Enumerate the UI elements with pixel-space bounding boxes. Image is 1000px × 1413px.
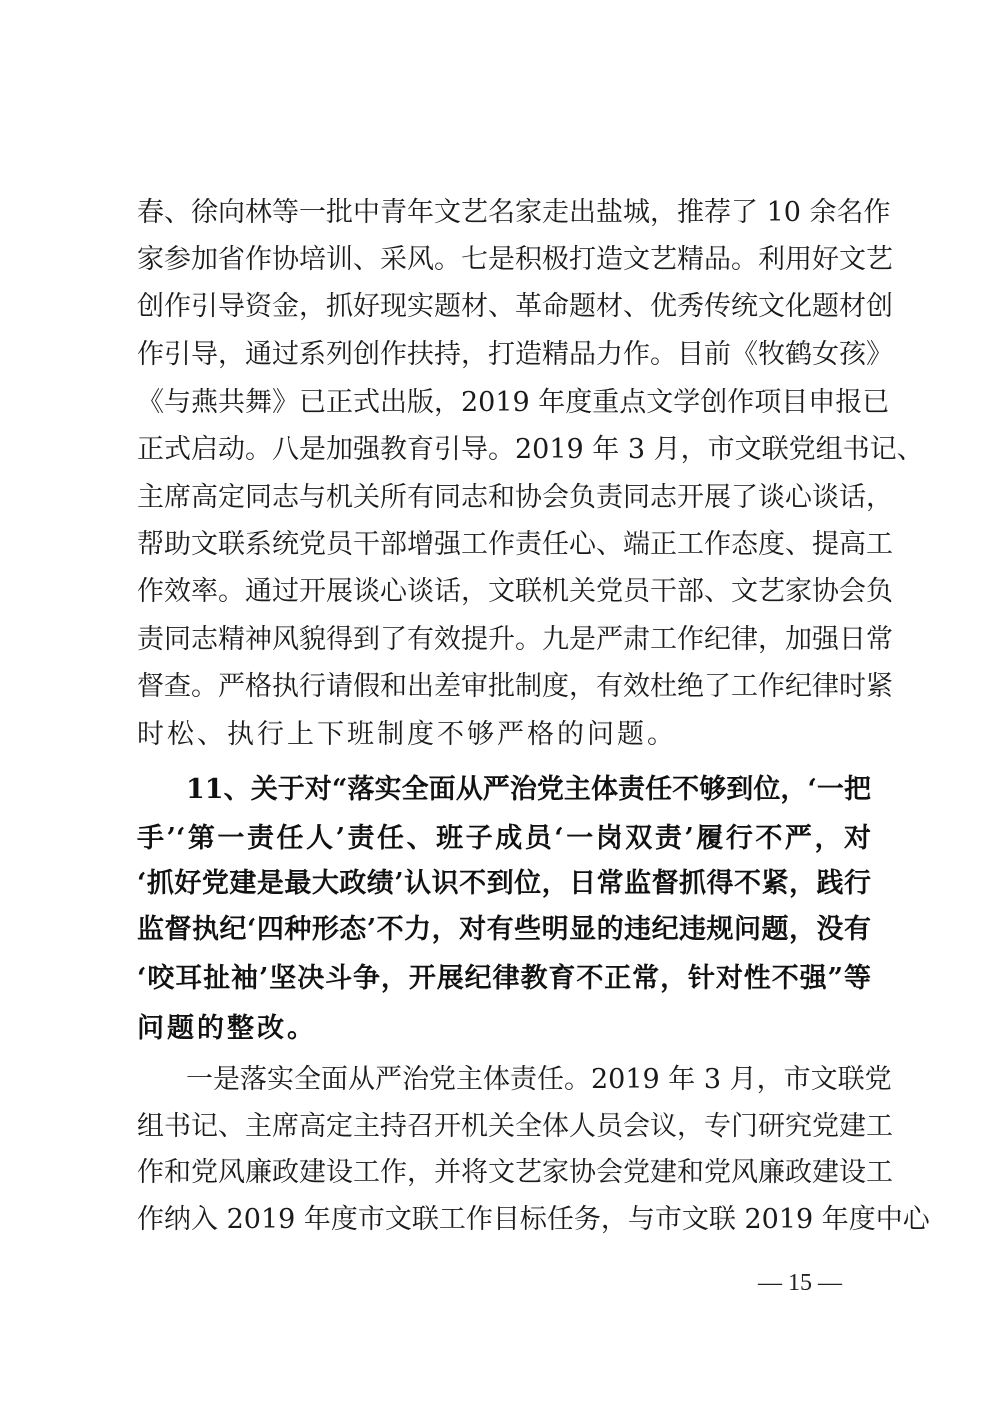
body-line: 一是落实全面从严治党主体责任。2019 年 3 月，市文联党	[186, 1063, 871, 1097]
body-line: 作纳入 2019 年度市文联工作目标任务，与市文联 2019 年度中心	[137, 1203, 871, 1237]
body-line: 责同志精神风貌得到了有效提升。九是严肃工作纪律，加强日常	[137, 623, 871, 657]
body-line: 督查。严格执行请假和出差审批制度，有效杜绝了工作纪律时紧	[137, 670, 871, 704]
document-page: 春、徐向林等一批中青年文艺名家走出盐城，推荐了 10 余名作 家参加省作协培训、…	[0, 0, 1000, 1413]
body-line: 主席高定同志与机关所有同志和协会负责同志开展了谈心谈话，	[137, 481, 871, 515]
section-heading-line: 问题的整改。	[137, 1012, 871, 1046]
section-heading-line: ‘咬耳扯袖’坚决斗争，开展纪律教育不正常，针对性不强”等	[137, 962, 871, 996]
section-heading-line: 11、关于对“落实全面从严治党主体责任不够到位，‘一把	[186, 773, 871, 807]
section-heading-line: 手’‘第一责任人’责任、班子成员‘一岗双责’履行不严，对	[137, 822, 871, 856]
body-line: 作引导，通过系列创作扶持，打造精品力作。目前《牧鹤女孩》	[137, 338, 871, 372]
section-heading-line: ‘抓好党建是最大政绩’认识不到位，日常监督抓得不紧，践行	[137, 867, 871, 901]
body-line: 《与燕共舞》已正式出版，2019 年度重点文学创作项目申报已	[137, 386, 871, 420]
body-line: 作效率。通过开展谈心谈话，文联机关党员干部、文艺家协会负	[137, 575, 871, 609]
body-line: 正式启动。八是加强教育引导。2019 年 3 月，市文联党组书记、	[137, 433, 871, 467]
body-line: 家参加省作协培训、采风。七是积极打造文艺精品。利用好文艺	[137, 243, 871, 277]
body-line: 春、徐向林等一批中青年文艺名家走出盐城，推荐了 10 余名作	[137, 196, 871, 230]
body-line: 帮助文联系统党员干部增强工作责任心、端正工作态度、提高工	[137, 528, 871, 562]
body-line: 创作引导资金，抓好现实题材、革命题材、优秀传统文化题材创	[137, 290, 871, 324]
body-line: 作和党风廉政建设工作，并将文艺家协会党建和党风廉政建设工	[137, 1156, 871, 1190]
body-line: 时松、执行上下班制度不够严格的问题。	[137, 718, 871, 752]
body-line: 组书记、主席高定主持召开机关全体人员会议，专门研究党建工	[137, 1110, 871, 1144]
section-heading-line: 监督执纪‘四种形态’不力，对有些明显的违纪违规问题，没有	[137, 913, 871, 947]
page-number: — 15 —	[740, 1268, 860, 1298]
